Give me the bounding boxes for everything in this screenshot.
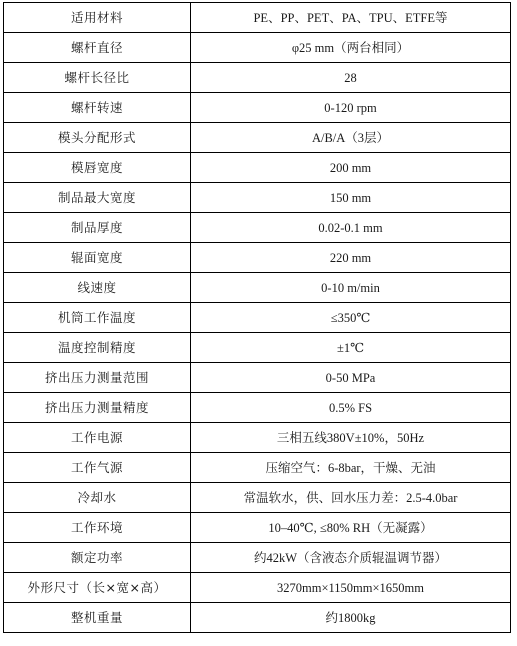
table-row: 挤出压力测量精度 0.5% FS (4, 393, 511, 423)
spec-value: 0.02-0.1 mm (191, 213, 511, 243)
spec-value: 220 mm (191, 243, 511, 273)
table-row: 工作环境 10–40℃, ≤80% RH（无凝露） (4, 513, 511, 543)
spec-label: 线速度 (4, 273, 191, 303)
spec-value: 3270mm×1150mm×1650mm (191, 573, 511, 603)
spec-label: 机筒工作温度 (4, 303, 191, 333)
table-row: 螺杆直径 φ25 mm（两台相同） (4, 33, 511, 63)
spec-table: 适用材料 PE、PP、PET、PA、TPU、ETFE等 螺杆直径 φ25 mm（… (3, 2, 511, 633)
table-row: 挤出压力测量范围 0-50 MPa (4, 363, 511, 393)
spec-label: 挤出压力测量精度 (4, 393, 191, 423)
spec-label: 额定功率 (4, 543, 191, 573)
spec-value: 约1800kg (191, 603, 511, 633)
table-row: 螺杆长径比 28 (4, 63, 511, 93)
spec-label: 适用材料 (4, 3, 191, 33)
spec-value: φ25 mm（两台相同） (191, 33, 511, 63)
spec-label: 制品最大宽度 (4, 183, 191, 213)
spec-label: 模头分配形式 (4, 123, 191, 153)
spec-value: 0.5% FS (191, 393, 511, 423)
spec-value: A/B/A（3层） (191, 123, 511, 153)
spec-value: 10–40℃, ≤80% RH（无凝露） (191, 513, 511, 543)
table-row: 适用材料 PE、PP、PET、PA、TPU、ETFE等 (4, 3, 511, 33)
spec-label: 冷却水 (4, 483, 191, 513)
table-row: 辊面宽度 220 mm (4, 243, 511, 273)
spec-value: ≤350℃ (191, 303, 511, 333)
table-row: 模唇宽度 200 mm (4, 153, 511, 183)
spec-label: 制品厚度 (4, 213, 191, 243)
spec-label: 整机重量 (4, 603, 191, 633)
table-row: 模头分配形式 A/B/A（3层） (4, 123, 511, 153)
spec-value: PE、PP、PET、PA、TPU、ETFE等 (191, 3, 511, 33)
spec-value: ±1℃ (191, 333, 511, 363)
table-row: 工作电源 三相五线380V±10%，50Hz (4, 423, 511, 453)
table-row: 螺杆转速 0-120 rpm (4, 93, 511, 123)
spec-value: 150 mm (191, 183, 511, 213)
spec-label: 辊面宽度 (4, 243, 191, 273)
table-row: 冷却水 常温软水，供、回水压力差：2.5-4.0bar (4, 483, 511, 513)
table-row: 机筒工作温度 ≤350℃ (4, 303, 511, 333)
table-row: 额定功率 约42kW（含液态介质辊温调节器） (4, 543, 511, 573)
spec-label: 螺杆长径比 (4, 63, 191, 93)
spec-value: 压缩空气：6-8bar，干燥、无油 (191, 453, 511, 483)
spec-label: 挤出压力测量范围 (4, 363, 191, 393)
spec-label: 工作环境 (4, 513, 191, 543)
spec-value: 28 (191, 63, 511, 93)
table-row: 整机重量 约1800kg (4, 603, 511, 633)
spec-label: 外形尺寸（长×宽×高） (4, 573, 191, 603)
spec-value: 200 mm (191, 153, 511, 183)
spec-value: 三相五线380V±10%，50Hz (191, 423, 511, 453)
spec-label: 模唇宽度 (4, 153, 191, 183)
table-row: 外形尺寸（长×宽×高） 3270mm×1150mm×1650mm (4, 573, 511, 603)
table-row: 制品最大宽度 150 mm (4, 183, 511, 213)
spec-label: 螺杆转速 (4, 93, 191, 123)
spec-label: 温度控制精度 (4, 333, 191, 363)
table-row: 温度控制精度 ±1℃ (4, 333, 511, 363)
spec-value: 0-10 m/min (191, 273, 511, 303)
spec-label: 工作气源 (4, 453, 191, 483)
spec-label: 工作电源 (4, 423, 191, 453)
table-row: 线速度 0-10 m/min (4, 273, 511, 303)
spec-label: 螺杆直径 (4, 33, 191, 63)
table-row: 制品厚度 0.02-0.1 mm (4, 213, 511, 243)
table-row: 工作气源 压缩空气：6-8bar，干燥、无油 (4, 453, 511, 483)
spec-value: 0-120 rpm (191, 93, 511, 123)
spec-value: 0-50 MPa (191, 363, 511, 393)
spec-value: 约42kW（含液态介质辊温调节器） (191, 543, 511, 573)
spec-value: 常温软水，供、回水压力差：2.5-4.0bar (191, 483, 511, 513)
